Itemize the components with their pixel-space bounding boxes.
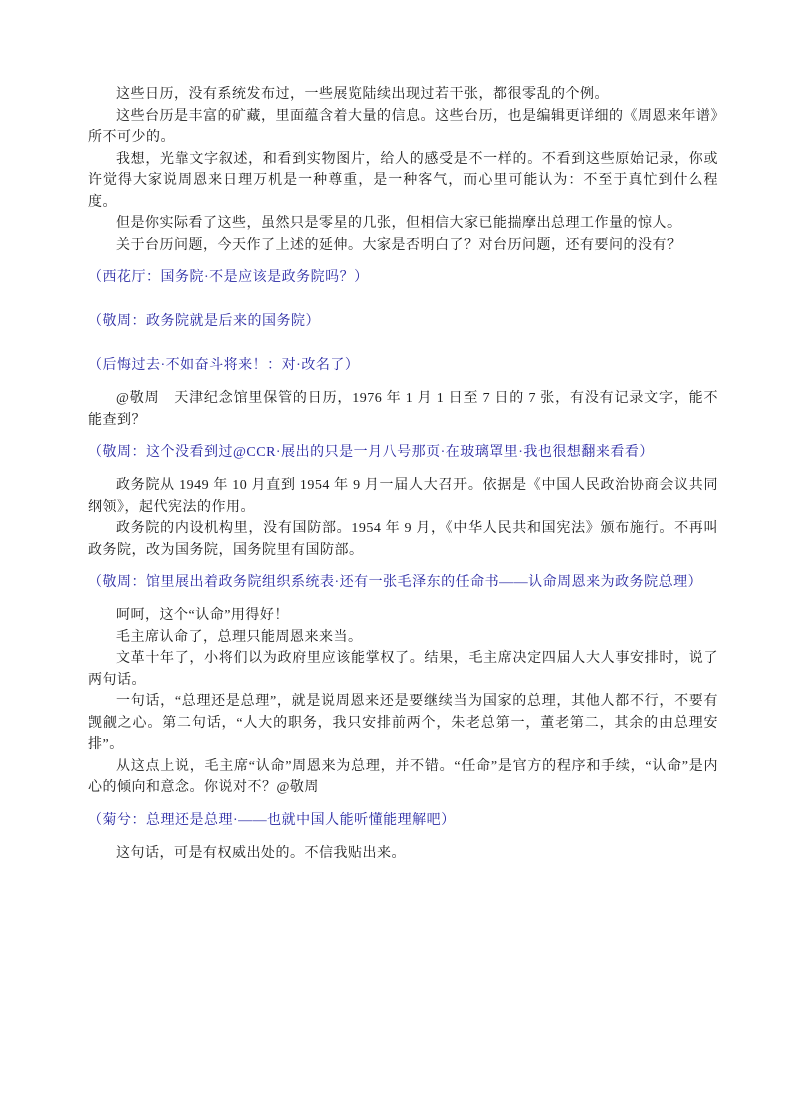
body-paragraph: 这句话，可是有权威出处的。不信我贴出来。 [88, 843, 718, 865]
comment-line: （敬周：馆里展出着政务院组织系统表·还有一张毛泽东的任命书——认命周恩来为政务院… [88, 561, 718, 605]
comment-line: （敬周：这个没看到过@CCR·展出的只是一月八号那页·在玻璃罩里·我也很想翻来看… [88, 431, 718, 475]
document-page: 这些日历，没有系统发布过，一些展览陆续出现过若干张，都很零乱的个例。 这些台历是… [0, 0, 800, 1100]
body-paragraph: 文革十年了，小将们以为政府里应该能掌权了。结果，毛主席决定四届人大人事安排时，说… [88, 648, 718, 691]
comment-line: （菊兮：总理还是总理·——也就中国人能听懂能理解吧） [88, 799, 718, 843]
body-paragraph: 呵呵，这个“认命”用得好！ [88, 605, 718, 627]
body-paragraph: 从这点上说，毛主席“认命”周恩来为总理，并不错。“任命”是官方的程序和手续，“认… [88, 756, 718, 799]
body-paragraph: 但是你实际看了这些，虽然只是零星的几张，但相信大家已能揣摩出总理工作量的惊人。 [88, 213, 718, 235]
body-paragraph: 一句话，“总理还是总理”，就是说周恩来还是要继续当为国家的总理，其他人都不行，不… [88, 691, 718, 756]
comment-line: （后悔过去·不如奋斗将来！：对·改名了） [88, 344, 718, 388]
body-paragraph: 这些日历，没有系统发布过，一些展览陆续出现过若干张，都很零乱的个例。 [88, 84, 718, 106]
body-paragraph: @敬周 天津纪念馆里保管的日历，1976 年 1 月 1 日至 7 日的 7 张… [88, 388, 718, 431]
body-paragraph: 政务院从 1949 年 10 月直到 1954 年 9 月一届人大召开。依据是《… [88, 475, 718, 518]
comment-line: （敬周：政务院就是后来的国务院） [88, 300, 718, 344]
body-paragraph: 毛主席认命了，总理只能周恩来来当。 [88, 627, 718, 649]
body-paragraph: 我想，光靠文字叙述，和看到实物图片，给人的感受是不一样的。不看到这些原始记录，你… [88, 149, 718, 214]
body-paragraph: 政务院的内设机构里，没有国防部。1954 年 9 月，《中华人民共和国宪法》颁布… [88, 518, 718, 561]
comment-line: （西花厅：国务院·不是应该是政务院吗？） [88, 256, 718, 300]
body-paragraph: 关于台历问题，今天作了上述的延伸。大家是否明白了？对台历问题，还有要问的没有？ [88, 235, 718, 257]
body-paragraph: 这些台历是丰富的矿藏，里面蕴含着大量的信息。这些台历，也是编辑更详细的《周恩来年… [88, 106, 718, 149]
